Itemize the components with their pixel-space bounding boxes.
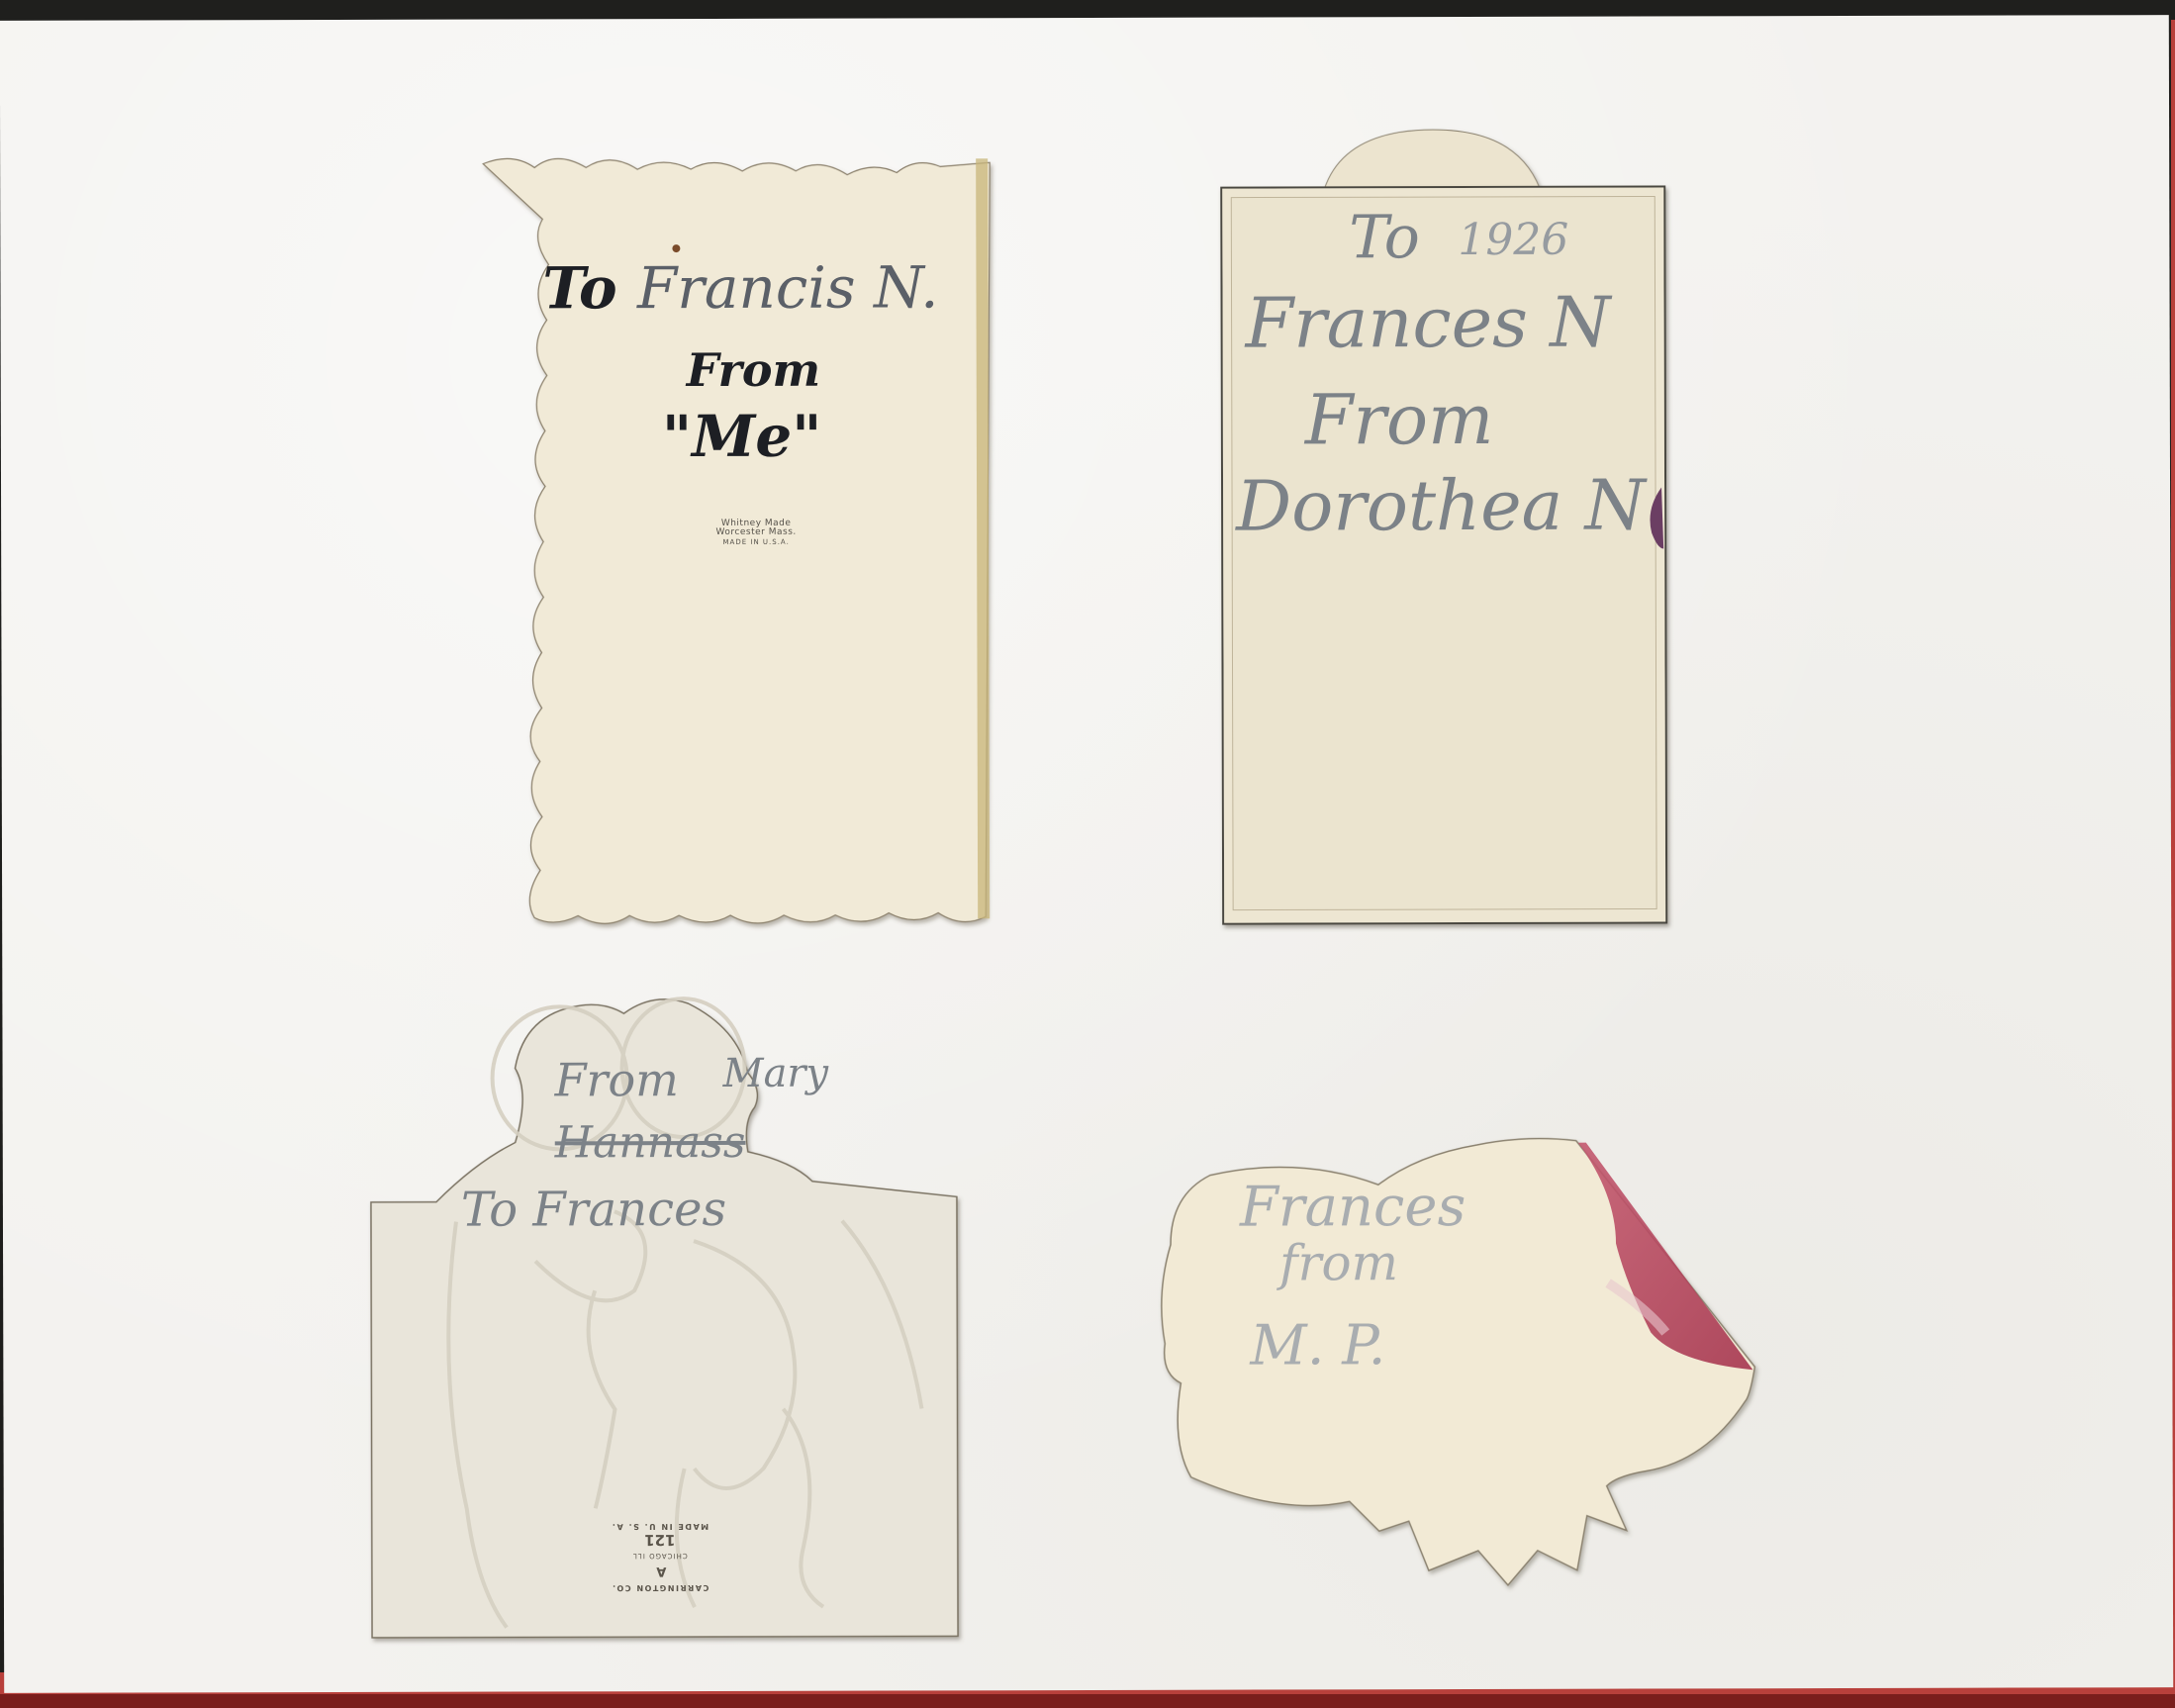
valentine-card-scalloped: To Francis N. From "Me" Whitney Made Wor… [473, 154, 1003, 927]
valentine-card-arched: To 1926 Frances N From Dorothea N [1215, 133, 1674, 929]
handwriting-to: To Francis N. [542, 253, 938, 322]
valentine-card-embossed: From Mary Hannass To Frances CARRINGTON … [366, 993, 962, 1648]
handwriting-sender: M. P. [1250, 1313, 1385, 1377]
whitney-maker-mark: Whitney Made Worcester Mass. MADE IN U.S… [711, 520, 801, 546]
handwriting-from: From [687, 343, 821, 397]
handwriting-recipient: Frances N [1245, 282, 1610, 364]
carrington-logo-icon: A [586, 1564, 734, 1578]
handwriting-from: from [1279, 1234, 1398, 1291]
handwriting-from: From [555, 1053, 679, 1106]
handwriting-sender: Mary [723, 1051, 829, 1096]
pin-hole [672, 244, 680, 252]
handwriting-to: To [1349, 203, 1420, 272]
album-cover-shadow [0, 1694, 2175, 1708]
carrington-maker-mark: CARRINGTON CO. A CHICAGO ILL 121 MADE IN… [585, 1419, 733, 1592]
handwriting-sender: Dorothea N [1236, 465, 1646, 547]
handwriting-me: "Me" [662, 403, 822, 470]
handwriting-struck-name: Hannass [555, 1117, 746, 1169]
gold-edge [976, 158, 990, 918]
handwriting-recipient: Frances [1240, 1175, 1466, 1240]
handwriting-from: From [1305, 379, 1494, 460]
handwriting-year: 1926 [1458, 215, 1568, 265]
scrapbook-page: To Francis N. From "Me" Whitney Made Wor… [0, 15, 2173, 1693]
handwriting-recipient: To Frances [461, 1182, 726, 1238]
valentine-card-diecut: Frances from M. P. [1151, 1134, 1765, 1591]
